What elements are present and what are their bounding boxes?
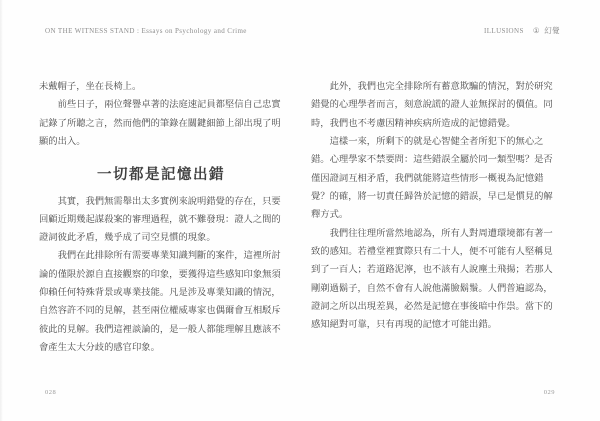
text-line: 記錄了所聽之言，然而他們的筆錄在關鍵細節上卻出現了明	[39, 115, 283, 133]
text-line: 我們往往理所當然地認為，所有人對周遭環境都有著一	[311, 225, 555, 243]
text-line: 未戴帽子，坐在長椅上。	[39, 78, 283, 96]
running-header-right-title: ILLUSIONS	[484, 27, 524, 35]
page-edge-shadow	[0, 0, 3, 421]
text-line: 覺？的確，將一切責任歸咎於記憶的錯誤，早已是慣見的解	[311, 188, 555, 206]
page-number-left: 028	[45, 388, 56, 398]
text-line: 我們在此排除所有需要專業知識判斷的案件，這裡所討	[39, 247, 283, 265]
text-line: 此外，我們也完全排除所有蓄意欺騙的情況，對於研究	[311, 78, 555, 96]
text-line: 自然容許不同的見解，甚至兩位權威專家也偶爾會互相駁斥	[39, 302, 283, 320]
left-page-paragraph-1: 未戴帽子，坐在長椅上。 前些日子，兩位聲譽卓著的法庭速記員都堅信自己忠實 記錄了…	[39, 78, 283, 151]
text-line: 時，我們也不考慮因精神疾病所造成的記憶錯覺。	[311, 115, 555, 133]
text-line: 錯覺的心理學者而言，刻意說謊的證人並無探討的價值。同	[311, 96, 555, 114]
right-page-text: 此外，我們也完全排除所有蓄意欺騙的情況，對於研究 錯覺的心理學者而言，刻意說謊的…	[311, 78, 555, 335]
text-line: 論的僅限於源自直接觀察的印象，要獲得這些感知印象無須	[39, 266, 283, 284]
page-number-right: 029	[544, 388, 555, 398]
section-heading: 一切都是記憶出錯	[39, 165, 283, 185]
text-line: 會產生太大分歧的感官印象。	[39, 339, 283, 357]
chapter-number-icon: ①	[533, 26, 540, 35]
text-line: 釋方式。	[311, 206, 555, 224]
text-line: 這樣一來，所剩下的就是心智健全者所犯下的無心之	[311, 133, 555, 151]
text-line: 彼此的見解。我們這裡談論的，是一般人都能理解且應該不	[39, 321, 283, 339]
text-line: 其實，我們無需舉出太多實例來說明錯覺的存在，只要	[39, 193, 283, 211]
text-line: 到了一百人；若道路泥濘，也不該有人說塵土飛揚；若那人	[311, 261, 555, 279]
book-spread: ON THE WITNESS STAND : Essays on Psychol…	[0, 0, 600, 421]
text-line: 顯的出入。	[39, 133, 283, 151]
text-line: 仰賴任何特殊背景或專業技能。凡是涉及專業知識的情況，	[39, 284, 283, 302]
text-line: 回顧近期幾起謀殺案的審理過程，就不難發現：證人之間的	[39, 211, 283, 229]
text-line: 剛剃過鬍子，自然不會有人說他滿臉鬍鬚。人們普遍認為，	[311, 280, 555, 298]
running-header-right-chapter: 幻覺	[544, 26, 560, 35]
text-line: 錯。心理學家不禁要問：這些錯誤全屬於同一類型嗎？是否	[311, 151, 555, 169]
text-line: 前些日子，兩位聲譽卓著的法庭速記員都堅信自己忠實	[39, 96, 283, 114]
text-line: 致的感知。若禮堂裡實際只有二十人，便不可能有人堅稱見	[311, 243, 555, 261]
running-header-left: ON THE WITNESS STAND : Essays on Psychol…	[45, 24, 247, 38]
text-line: 證詞彼此矛盾，幾乎成了司空見慣的現象。	[39, 229, 283, 247]
text-line: 僅因證詞互相矛盾，我們就能將這些情形一概視為記憶錯	[311, 170, 555, 188]
running-header-right: ILLUSIONS ① 幻覺	[484, 24, 560, 38]
left-page-paragraph-2: 其實，我們無需舉出太多實例來說明錯覺的存在，只要 回顧近期幾起謀殺案的審理過程，…	[39, 193, 283, 358]
text-line: 感知絕對可靠，只有再現的記憶才可能出錯。	[311, 316, 555, 334]
text-line: 證詞之所以出現差異，必然是記憶在事後暗中作祟。當下的	[311, 298, 555, 316]
